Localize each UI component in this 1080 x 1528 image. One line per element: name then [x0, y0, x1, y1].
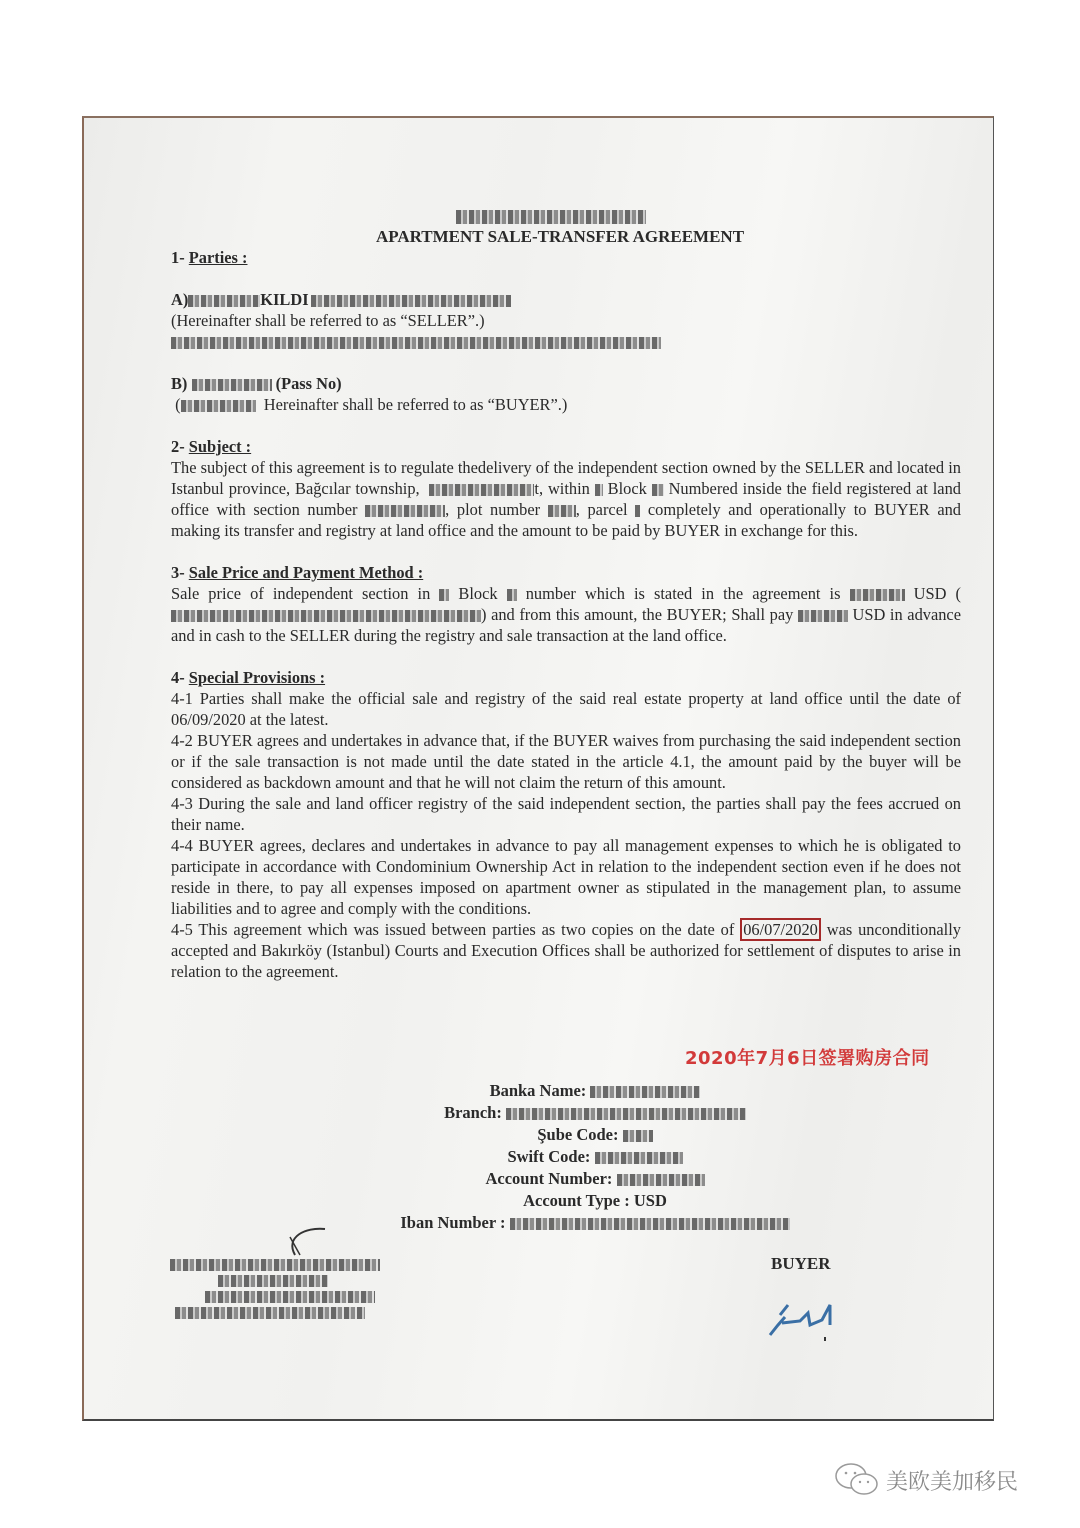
buyer-signature-icon	[760, 1295, 835, 1345]
buyer-line: B) (Pass No)	[171, 373, 961, 394]
provision-4-3: 4-3 During the sale and land officer reg…	[171, 793, 961, 835]
seller-address-redacted	[171, 331, 961, 352]
sube-code-row: Şube Code:	[360, 1124, 830, 1146]
seller-note: (Hereinafter shall be referred to as “SE…	[171, 310, 961, 331]
bank-name-row: Banka Name:	[360, 1080, 830, 1102]
section-special-provisions-heading: 4- Special Provisions :	[171, 667, 961, 688]
sale-price-text: Sale price of independent section in Blo…	[171, 583, 961, 646]
buyer-note: ( Hereinafter shall be referred to as “B…	[171, 394, 961, 415]
subject-text: The subject of this agreement is to regu…	[171, 457, 961, 541]
provision-4-5: 4-5 This agreement which was issued betw…	[171, 919, 961, 982]
provision-4-4: 4-4 BUYER agrees, declares and undertake…	[171, 835, 961, 919]
wechat-icon	[834, 1462, 880, 1498]
account-number-row: Account Number:	[360, 1168, 830, 1190]
provision-4-2: 4-2 BUYER agrees and undertakes in advan…	[171, 730, 961, 793]
section-sale-price-heading: 3- Sale Price and Payment Method :	[171, 562, 961, 583]
section-parties-heading: 1- Parties :	[171, 247, 961, 268]
redacted-title	[141, 205, 961, 226]
document-title: APARTMENT SALE-TRANSFER AGREEMENT	[159, 226, 961, 247]
branch-row: Branch:	[360, 1102, 830, 1124]
highlighted-date: 06/07/2020	[740, 918, 821, 941]
account-type-row: Account Type : USD	[360, 1190, 830, 1212]
wechat-watermark: 美欧美加移民	[834, 1462, 1018, 1498]
provision-4-1: 4-1 Parties shall make the official sale…	[171, 688, 961, 730]
section-subject-heading: 2- Subject :	[171, 436, 961, 457]
swift-code-row: Swift Code:	[360, 1146, 830, 1168]
buyer-signature-label: BUYER	[771, 1254, 831, 1274]
signing-date-annotation: 2020年7月6日签署购房合同	[685, 1044, 930, 1070]
seller-signature-stamp	[170, 1255, 390, 1323]
bank-details: Banka Name: Branch: Şube Code: Swift Cod…	[360, 1080, 830, 1234]
iban-row: Iban Number :	[360, 1212, 830, 1234]
agreement-body: APARTMENT SALE-TRANSFER AGREEMENT 1- Par…	[171, 205, 961, 982]
signature-stroke-icon	[280, 1227, 340, 1257]
seller-line: A)KILDI	[171, 289, 961, 310]
watermark-text: 美欧美加移民	[886, 1465, 1018, 1496]
